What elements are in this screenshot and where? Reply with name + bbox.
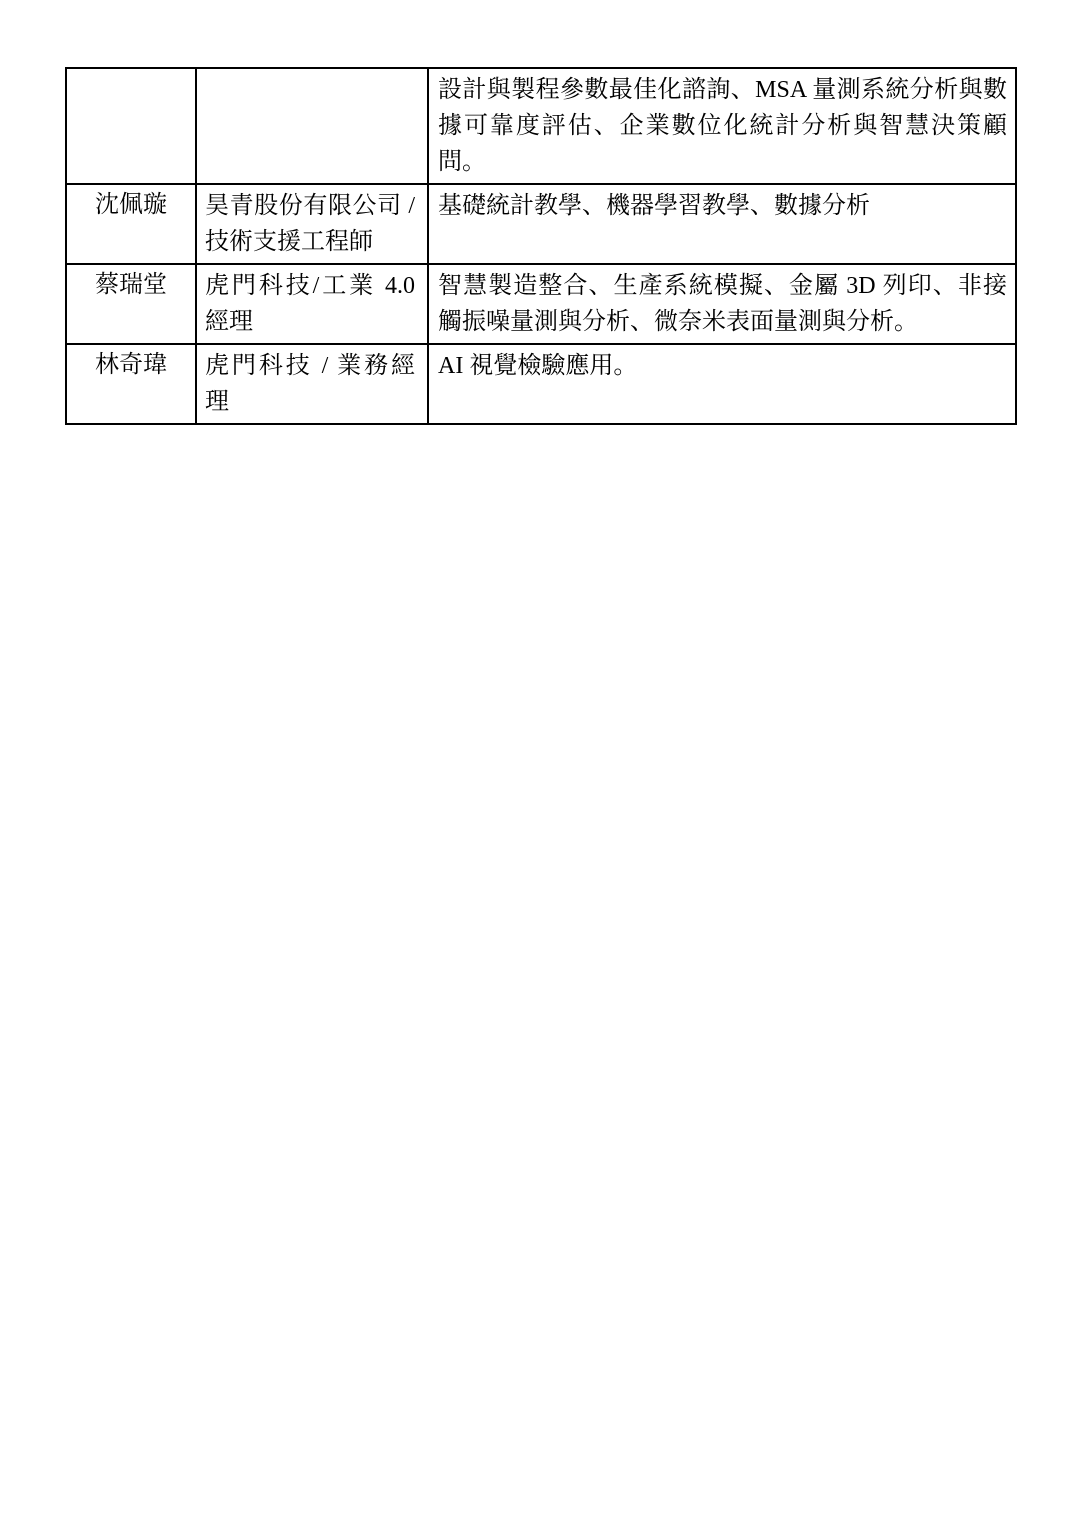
document-page: 設計與製程參數最佳化諮詢、MSA 量測系統分析與數據可靠度評估、企業數位化統計分… [0,0,1079,1527]
speaker-title-cell: 虎門科技/工業 4.0 經理 [196,264,428,344]
speaker-name-cell: 沈佩璇 [66,184,196,264]
speaker-title-cell: 昊青股份有限公司 / 技術支援工程師 [196,184,428,264]
speaker-table: 設計與製程參數最佳化諮詢、MSA 量測系統分析與數據可靠度評估、企業數位化統計分… [65,67,1017,425]
speaker-name-cell: 蔡瑞堂 [66,264,196,344]
speaker-title-cell [196,68,428,184]
table-row: 林奇瑋 虎門科技 / 業務經理 AI 視覺檢驗應用。 [66,344,1016,424]
table-row: 設計與製程參數最佳化諮詢、MSA 量測系統分析與數據可靠度評估、企業數位化統計分… [66,68,1016,184]
speaker-expertise-cell: 基礎統計教學、機器學習教學、數據分析 [428,184,1016,264]
speaker-expertise-cell: 設計與製程參數最佳化諮詢、MSA 量測系統分析與數據可靠度評估、企業數位化統計分… [428,68,1016,184]
table-row: 蔡瑞堂 虎門科技/工業 4.0 經理 智慧製造整合、生產系統模擬、金屬 3D 列… [66,264,1016,344]
speaker-title-cell: 虎門科技 / 業務經理 [196,344,428,424]
speaker-expertise-cell: 智慧製造整合、生產系統模擬、金屬 3D 列印、非接觸振噪量測與分析、微奈米表面量… [428,264,1016,344]
speaker-name-cell: 林奇瑋 [66,344,196,424]
speaker-expertise-cell: AI 視覺檢驗應用。 [428,344,1016,424]
speaker-name-cell [66,68,196,184]
table-row: 沈佩璇 昊青股份有限公司 / 技術支援工程師 基礎統計教學、機器學習教學、數據分… [66,184,1016,264]
